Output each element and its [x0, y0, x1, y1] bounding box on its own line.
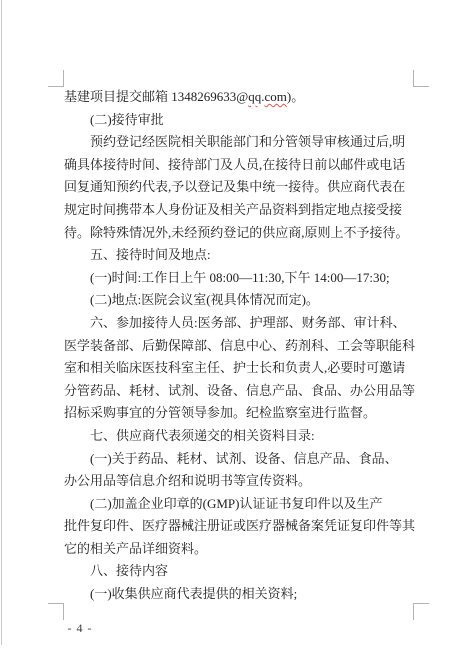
- text-line: 回复通知预约代表,予以登记及集中统一接待。供应商代表在: [64, 176, 418, 199]
- document-body: 基建项目提交邮箱 1348269633@qq.com)。 (二)接待审批 预约登…: [64, 86, 418, 606]
- email-misspell-qq: qq: [248, 89, 261, 104]
- heading-section-7: 七、供应商代表须递交的相关资料目录:: [64, 425, 418, 448]
- text-line: 办公用品等信息介绍和说明书等宣传资料。: [64, 470, 418, 493]
- heading-section-5: 五、接待时间及地点:: [64, 244, 418, 267]
- email-misspell-com: com: [264, 89, 286, 104]
- email-line-pre: 基建项目提交邮箱 1348269633@: [64, 89, 248, 104]
- text-line-place: (二)地点:医院会议室(视具体情况而定)。: [64, 289, 418, 312]
- text-line: 招标采购事宜的分管领导参加。纪检监察室进行监督。: [64, 402, 418, 425]
- margin-mark-top-left: [48, 70, 64, 87]
- text-line: 医学装备部、后勤保障部、信息中心、药剂科、工会等职能科: [64, 335, 418, 358]
- page-number: - 4 -: [52, 621, 108, 636]
- text-line: (二)加盖企业印章的(GMP)认证证书复印件以及生产: [64, 493, 418, 516]
- text-line: 它的相关产品详细资料。: [64, 538, 418, 561]
- document-page: 基建项目提交邮箱 1348269633@qq.com)。 (二)接待审批 预约登…: [0, 0, 475, 672]
- text-line: (一)关于药品、耗材、试剂、设备、信息产品、食品、: [64, 448, 418, 471]
- text-line: (一)收集供应商代表提供的相关资料;: [64, 583, 418, 606]
- text-line: 分管药品、耗材、试剂、设备、信息产品、食品、办公用品等: [64, 380, 418, 403]
- text-line: 室和相关临床医技科室主任、护士长和负责人,必要时可邀请: [64, 357, 418, 380]
- text-line-time: (一)时间:工作日上午 08:00—11:30,下午 14:00—17:30;: [64, 267, 418, 290]
- text-line: 确具体接待时间、接待部门及人员,在接待日前以邮件或电话: [64, 154, 418, 177]
- heading-section-8: 八、接待内容: [64, 560, 418, 583]
- page-left-edge: [1, 0, 2, 645]
- heading-section-2: (二)接待审批: [64, 109, 418, 132]
- email-line-close: )。: [287, 89, 304, 104]
- text-line: 预约登记经医院相关职能部门和分管领导审核通过后,明: [64, 131, 418, 154]
- text-line: 规定时间携带本人身份证及相关产品资料到指定地点接受接: [64, 199, 418, 222]
- heading-section-6: 六、参加接待人员:医务部、护理部、财务部、审计科、: [64, 312, 418, 335]
- margin-mark-top-right: [413, 70, 429, 87]
- text-line-email: 基建项目提交邮箱 1348269633@qq.com)。: [64, 86, 418, 109]
- text-line: 批件复印件、医疗器械注册证或医疗器械备案凭证复印件等其: [64, 515, 418, 538]
- margin-mark-bottom-left: [48, 603, 64, 620]
- text-line: 待。除特殊情况外,未经预约登记的供应商,原则上不予接待。: [64, 222, 418, 245]
